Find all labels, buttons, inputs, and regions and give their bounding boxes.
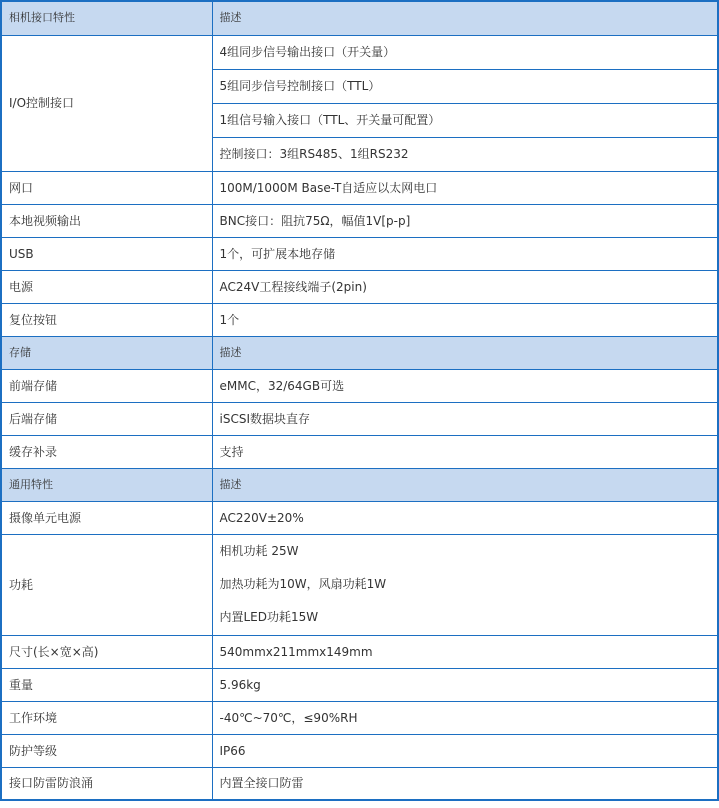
header-desc: 描述 [212, 1, 718, 35]
row-value: AC220V±20% [212, 501, 718, 534]
table-row: 电源 AC24V工程接线端子(2pin) [1, 270, 718, 303]
table-row: 前端存储 eMMC，32/64GB可选 [1, 369, 718, 402]
section-header-camera-interface: 相机接口特性 描述 [1, 1, 718, 35]
row-value: 540mmx211mmx149mm [212, 635, 718, 668]
table-row: 网口 100M/1000M Base-T自适应以太网电口 [1, 171, 718, 204]
row-value: 5组同步信号控制接口（TTL） [212, 69, 718, 103]
row-label: 防护等级 [1, 734, 212, 767]
row-label: I/O控制接口 [1, 35, 212, 171]
table-row: 缓存补录 支持 [1, 435, 718, 468]
row-label: 重量 [1, 668, 212, 701]
row-value: eMMC，32/64GB可选 [212, 369, 718, 402]
row-value: AC24V工程接线端子(2pin) [212, 270, 718, 303]
row-label: USB [1, 237, 212, 270]
row-label: 本地视频输出 [1, 204, 212, 237]
table-row: 接口防雷防浪涌 内置全接口防雷 [1, 767, 718, 800]
header-desc: 描述 [212, 468, 718, 501]
table-row: USB 1个，可扩展本地存储 [1, 237, 718, 270]
spec-table: 相机接口特性 描述 I/O控制接口 4组同步信号输出接口（开关量） 5组同步信号… [0, 0, 719, 801]
row-value: 控制接口：3组RS485、1组RS232 [212, 137, 718, 171]
row-value: 1个，可扩展本地存储 [212, 237, 718, 270]
header-desc: 描述 [212, 336, 718, 369]
power-line: 加热功耗为10W，风扇功耗1W [220, 568, 718, 601]
row-value: BNC接口：阻抗75Ω，幅值1V[p-p] [212, 204, 718, 237]
row-label: 前端存储 [1, 369, 212, 402]
row-value: -40℃~70℃，≤90%RH [212, 701, 718, 734]
row-label: 复位按钮 [1, 303, 212, 336]
table-row: 复位按钮 1个 [1, 303, 718, 336]
table-row: 工作环境 -40℃~70℃，≤90%RH [1, 701, 718, 734]
table-row: 摄像单元电源 AC220V±20% [1, 501, 718, 534]
row-label: 接口防雷防浪涌 [1, 767, 212, 800]
row-value: 1个 [212, 303, 718, 336]
row-value: 内置全接口防雷 [212, 767, 718, 800]
row-label: 摄像单元电源 [1, 501, 212, 534]
table-row: 重量 5.96kg [1, 668, 718, 701]
row-label: 电源 [1, 270, 212, 303]
table-row: 防护等级 IP66 [1, 734, 718, 767]
row-value: 5.96kg [212, 668, 718, 701]
row-label: 功耗 [1, 534, 212, 635]
row-label: 工作环境 [1, 701, 212, 734]
section-header-general: 通用特性 描述 [1, 468, 718, 501]
row-value: 100M/1000M Base-T自适应以太网电口 [212, 171, 718, 204]
row-value: 4组同步信号输出接口（开关量） [212, 35, 718, 69]
row-label: 网口 [1, 171, 212, 204]
row-value: IP66 [212, 734, 718, 767]
header-label: 相机接口特性 [1, 1, 212, 35]
power-line: 内置LED功耗15W [220, 601, 718, 634]
row-value-stack: 相机功耗 25W 加热功耗为10W，风扇功耗1W 内置LED功耗15W [212, 534, 718, 635]
section-header-storage: 存储 描述 [1, 336, 718, 369]
table-row-io: I/O控制接口 4组同步信号输出接口（开关量） [1, 35, 718, 69]
row-value: 1组信号输入接口（TTL、开关量可配置） [212, 103, 718, 137]
row-value: iSCSI数据块直存 [212, 402, 718, 435]
table-row: 尺寸(长×宽×高) 540mmx211mmx149mm [1, 635, 718, 668]
table-row: 本地视频输出 BNC接口：阻抗75Ω，幅值1V[p-p] [1, 204, 718, 237]
row-value: 支持 [212, 435, 718, 468]
row-label: 尺寸(长×宽×高) [1, 635, 212, 668]
table-row: 后端存储 iSCSI数据块直存 [1, 402, 718, 435]
power-line: 相机功耗 25W [220, 535, 718, 568]
table-row-power-consumption: 功耗 相机功耗 25W 加热功耗为10W，风扇功耗1W 内置LED功耗15W [1, 534, 718, 635]
header-label: 存储 [1, 336, 212, 369]
row-label: 缓存补录 [1, 435, 212, 468]
header-label: 通用特性 [1, 468, 212, 501]
row-label: 后端存储 [1, 402, 212, 435]
